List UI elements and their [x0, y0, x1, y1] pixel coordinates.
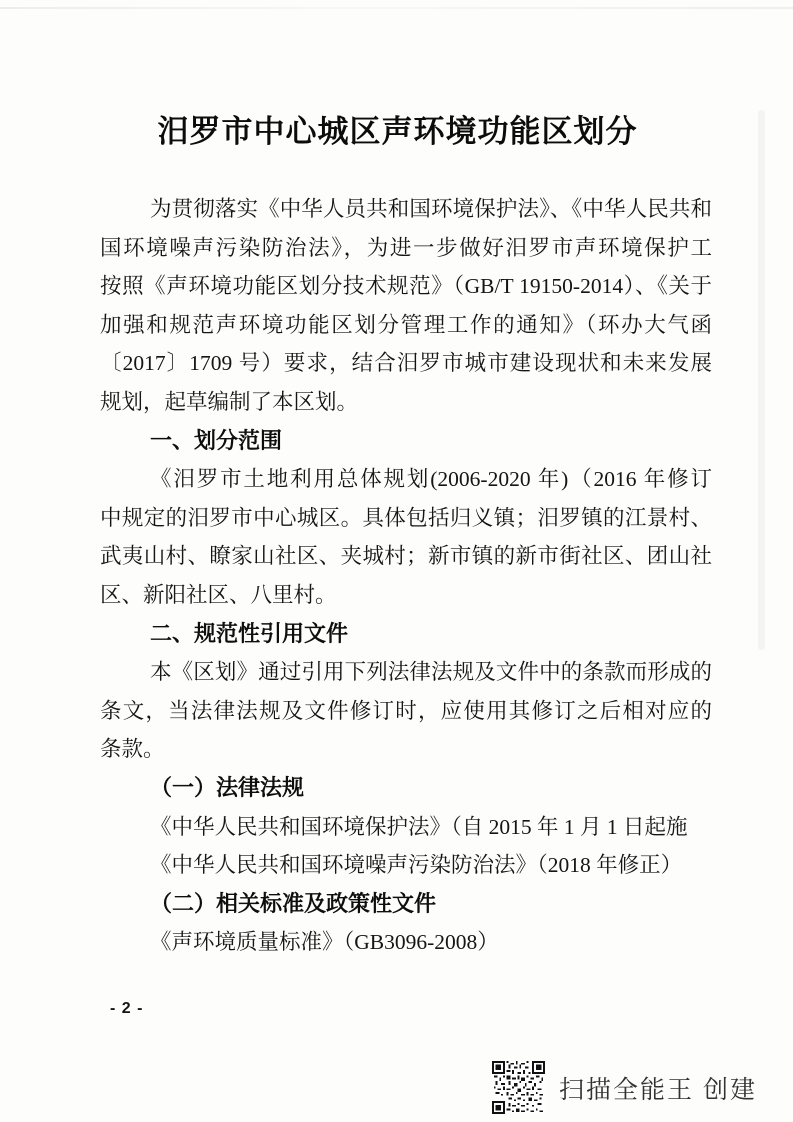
- text-line: 为贯彻落实《中华人员共和国环境保护法》、《中华人民共和: [100, 190, 712, 229]
- text-line: 〔2017〕1709 号）要求，结合汨罗市城市建设现状和未来发展: [100, 344, 712, 383]
- paragraph-law-2: 《中华人民共和国环境噪声污染防治法》（2018 年修正）: [100, 846, 712, 885]
- text-line: 《中华人民共和国环境噪声污染防治法》（2018 年修正）: [100, 846, 712, 885]
- heading-section-1: 一、划分范围: [100, 422, 712, 461]
- text-line: 条文，当法律法规及文件修订时，应使用其修订之后相对应的: [100, 692, 712, 731]
- paragraph-intro: 为贯彻落实《中华人员共和国环境保护法》、《中华人民共和 国环境噪声污染防治法》，…: [100, 190, 712, 422]
- paragraph-scope: 《汨罗市土地利用总体规划(2006-2020 年)（2016 年修订版）》 中规…: [100, 460, 712, 614]
- subsection-heading: （二）相关标准及政策性文件: [100, 885, 712, 924]
- scanner-footer: 扫描全能王 创建: [492, 1061, 757, 1114]
- page-number: - 2 -: [110, 1000, 143, 1018]
- text-line: 武夷山村、瞭家山社区、夹城村；新市镇的新市街社区、团山社: [100, 537, 712, 576]
- heading-section-2: 二、规范性引用文件: [100, 615, 712, 654]
- text-line: 《声环境质量标准》（GB3096-2008）: [100, 923, 712, 962]
- subsection-heading: （一）法律法规: [100, 769, 712, 808]
- section-heading: 一、划分范围: [100, 422, 712, 461]
- section-heading: 二、规范性引用文件: [100, 615, 712, 654]
- qr-code-icon: [492, 1061, 545, 1114]
- paragraph-law-1: 《中华人民共和国环境保护法》（自 2015 年 1 月 1 日起施行）: [100, 808, 712, 847]
- heading-subsection-laws: （一）法律法规: [100, 769, 712, 808]
- page-title: 汨罗市中心城区声环境功能区划分: [90, 106, 705, 151]
- text-line: 区、新阳社区、八里村。: [100, 576, 712, 615]
- text-line: 《中华人民共和国环境保护法》（自 2015 年 1 月 1 日起施行）: [100, 808, 712, 847]
- text-line: 规划，起草编制了本区划。: [100, 383, 712, 422]
- text-line: 《汨罗市土地利用总体规划(2006-2020 年)（2016 年修订版）》: [100, 460, 712, 499]
- text-line: 国环境噪声污染防治法》，为进一步做好汨罗市声环境保护工作，: [100, 229, 712, 268]
- scan-artifact-right: [758, 110, 765, 650]
- paragraph-references-intro: 本《区划》通过引用下列法律法规及文件中的条款而形成的 条文，当法律法规及文件修订…: [100, 653, 712, 769]
- document-body: 为贯彻落实《中华人员共和国环境保护法》、《中华人民共和 国环境噪声污染防治法》，…: [100, 190, 712, 962]
- text-line: 本《区划》通过引用下列法律法规及文件中的条款而形成的: [100, 653, 712, 692]
- scan-artifact-top: [0, 7, 793, 9]
- text-line: 按照《声环境功能区划分技术规范》（GB/T 19150-2014）、《关于: [100, 267, 712, 306]
- heading-subsection-standards: （二）相关标准及政策性文件: [100, 885, 712, 924]
- document-page: 汨罗市中心城区声环境功能区划分 为贯彻落实《中华人员共和国环境保护法》、《中华人…: [0, 0, 793, 1122]
- text-line: 条款。: [100, 730, 712, 769]
- paragraph-standard-1: 《声环境质量标准》（GB3096-2008）: [100, 923, 712, 962]
- text-line: 加强和规范声环境功能区划分管理工作的通知》（环办大气函: [100, 306, 712, 345]
- text-line: 中规定的汨罗市中心城区。具体包括归义镇；汨罗镇的江景村、: [100, 499, 712, 538]
- scanner-label: 扫描全能王 创建: [559, 1070, 757, 1106]
